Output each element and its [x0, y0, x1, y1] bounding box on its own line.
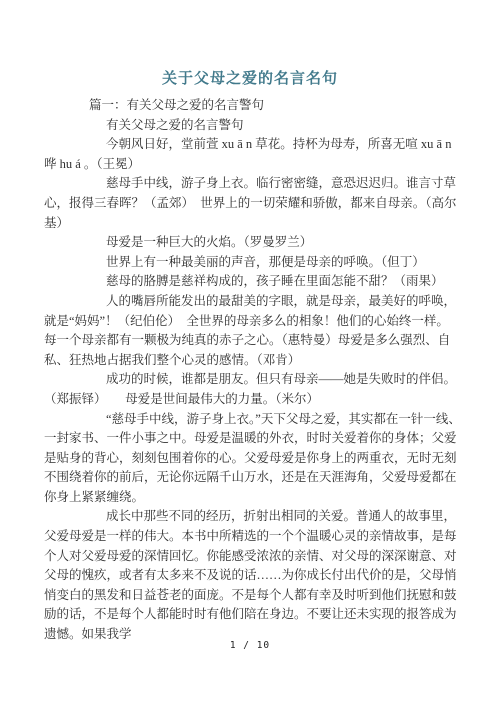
paragraph: 人的嘴唇所能发出的最甜美的字眼，就是母亲，最美好的呼唤，就是“妈妈”！（纪伯伦）… [44, 292, 466, 370]
paragraph: 慈母的胳膊是慈祥构成的，孩子睡在里面怎能不甜？（雨果） [44, 272, 466, 292]
paragraph: 篇一：有关父母之爱的名言警句 [44, 96, 466, 116]
paragraph: 成功的时候，谁都是朋友。但只有母亲——她是失败时的伴侣。（郑振铎） 母爱是世间最… [44, 370, 466, 409]
paragraph: “慈母手中线，游子身上衣。”天下父母之爱，其实都在一针一线、一封家书、一件小事之… [44, 410, 466, 508]
page-number-indicator: 1 / 10 [0, 640, 500, 651]
paragraph: 有关父母之爱的名言警句 [44, 116, 466, 136]
paragraph: 今朝风日好，堂前萱 xu ā n 草花。持杯为母寿，所喜无喧 xu ā n 哗 … [44, 135, 466, 174]
paragraph: 母爱是一种巨大的火焰。（罗曼罗兰） [44, 233, 466, 253]
paragraph: 世界上有一种最美丽的声音，那便是母亲的呼唤。（但丁） [44, 253, 466, 273]
paragraph: 慈母手中线，游子身上衣。临行密密缝，意恐迟迟归。谁言寸草心，报得三春晖？（孟郊）… [44, 174, 466, 233]
document-page: 关于父母之爱的名言名句 篇一：有关父母之爱的名言警句有关父母之爱的名言警句今朝风… [0, 0, 500, 707]
paragraph: 成长中那些不同的经历，折射出相同的关爱。普通人的故事里，父爱母爱是一样的伟大。本… [44, 507, 466, 644]
document-body: 篇一：有关父母之爱的名言警句有关父母之爱的名言警句今朝风日好，堂前萱 xu ā … [44, 96, 466, 645]
document-title: 关于父母之爱的名言名句 [0, 68, 500, 90]
